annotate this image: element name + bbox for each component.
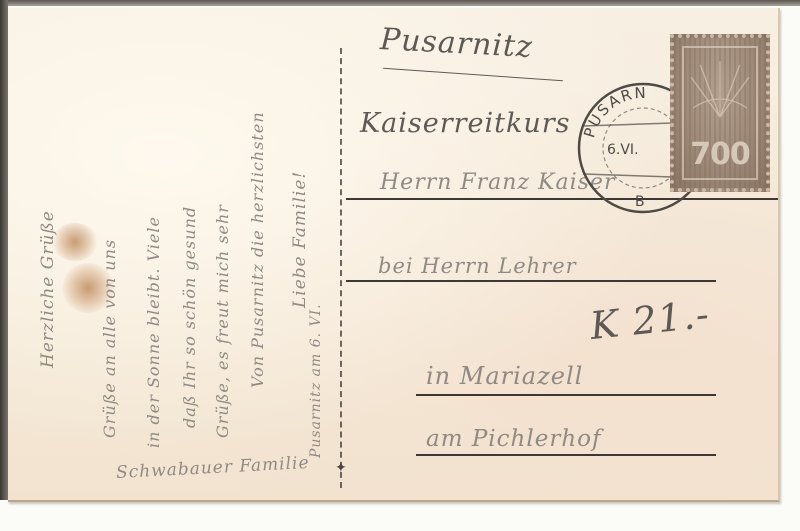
address-line-rule bbox=[416, 454, 716, 456]
postmark-town-text: PUSARN bbox=[580, 84, 648, 140]
pencil-note-course: Kaiserreitkurs bbox=[360, 108, 571, 139]
message-line: Von Pusarnitz die herzlichsten bbox=[248, 111, 267, 388]
stamp-emblem-icon bbox=[684, 50, 756, 130]
message-line: daß Ihr so schön gesund bbox=[180, 206, 199, 428]
message-salutation: Liebe Familie! bbox=[290, 171, 310, 308]
postmark-letter-text: B bbox=[635, 194, 645, 210]
postcard-back: Liebe Familie! Von Pusarnitz die herzlic… bbox=[8, 8, 780, 502]
message-margin-note: Pusarnitz am 6. VI. bbox=[308, 303, 324, 458]
message-line: Herzliche Grüße bbox=[38, 210, 58, 368]
address-line-rule bbox=[346, 280, 716, 282]
message-line: Grüße, es freut mich sehr bbox=[213, 204, 232, 438]
message-signature: Schwabauer Familie bbox=[116, 453, 310, 483]
address-line-rule bbox=[346, 198, 778, 200]
postage-stamp: 700 bbox=[670, 34, 770, 192]
pencil-note-price: K 21.- bbox=[588, 292, 712, 348]
address-care-of: bei Herrn Lehrer bbox=[378, 254, 577, 278]
pencil-underline bbox=[383, 68, 563, 82]
svg-text:PUSARN: PUSARN bbox=[580, 84, 648, 140]
pencil-note-town: Pusarnitz bbox=[379, 22, 534, 65]
scan-border-left bbox=[0, 0, 8, 500]
postmark-date-text: 6.VI. bbox=[607, 142, 639, 158]
stain-spot bbox=[52, 223, 98, 261]
divider-ornament: ✦ bbox=[335, 460, 343, 476]
scan-border-top bbox=[0, 0, 800, 6]
address-town: in Mariazell bbox=[426, 362, 583, 390]
center-divider bbox=[340, 48, 342, 488]
address-line-rule bbox=[416, 394, 716, 396]
message-line: Grüße an alle von uns bbox=[100, 239, 119, 438]
stamp-denomination: 700 bbox=[674, 137, 766, 172]
address-street: am Pichlerhof bbox=[426, 426, 602, 452]
message-line: in der Sonne bleibt. Viele bbox=[144, 216, 163, 448]
